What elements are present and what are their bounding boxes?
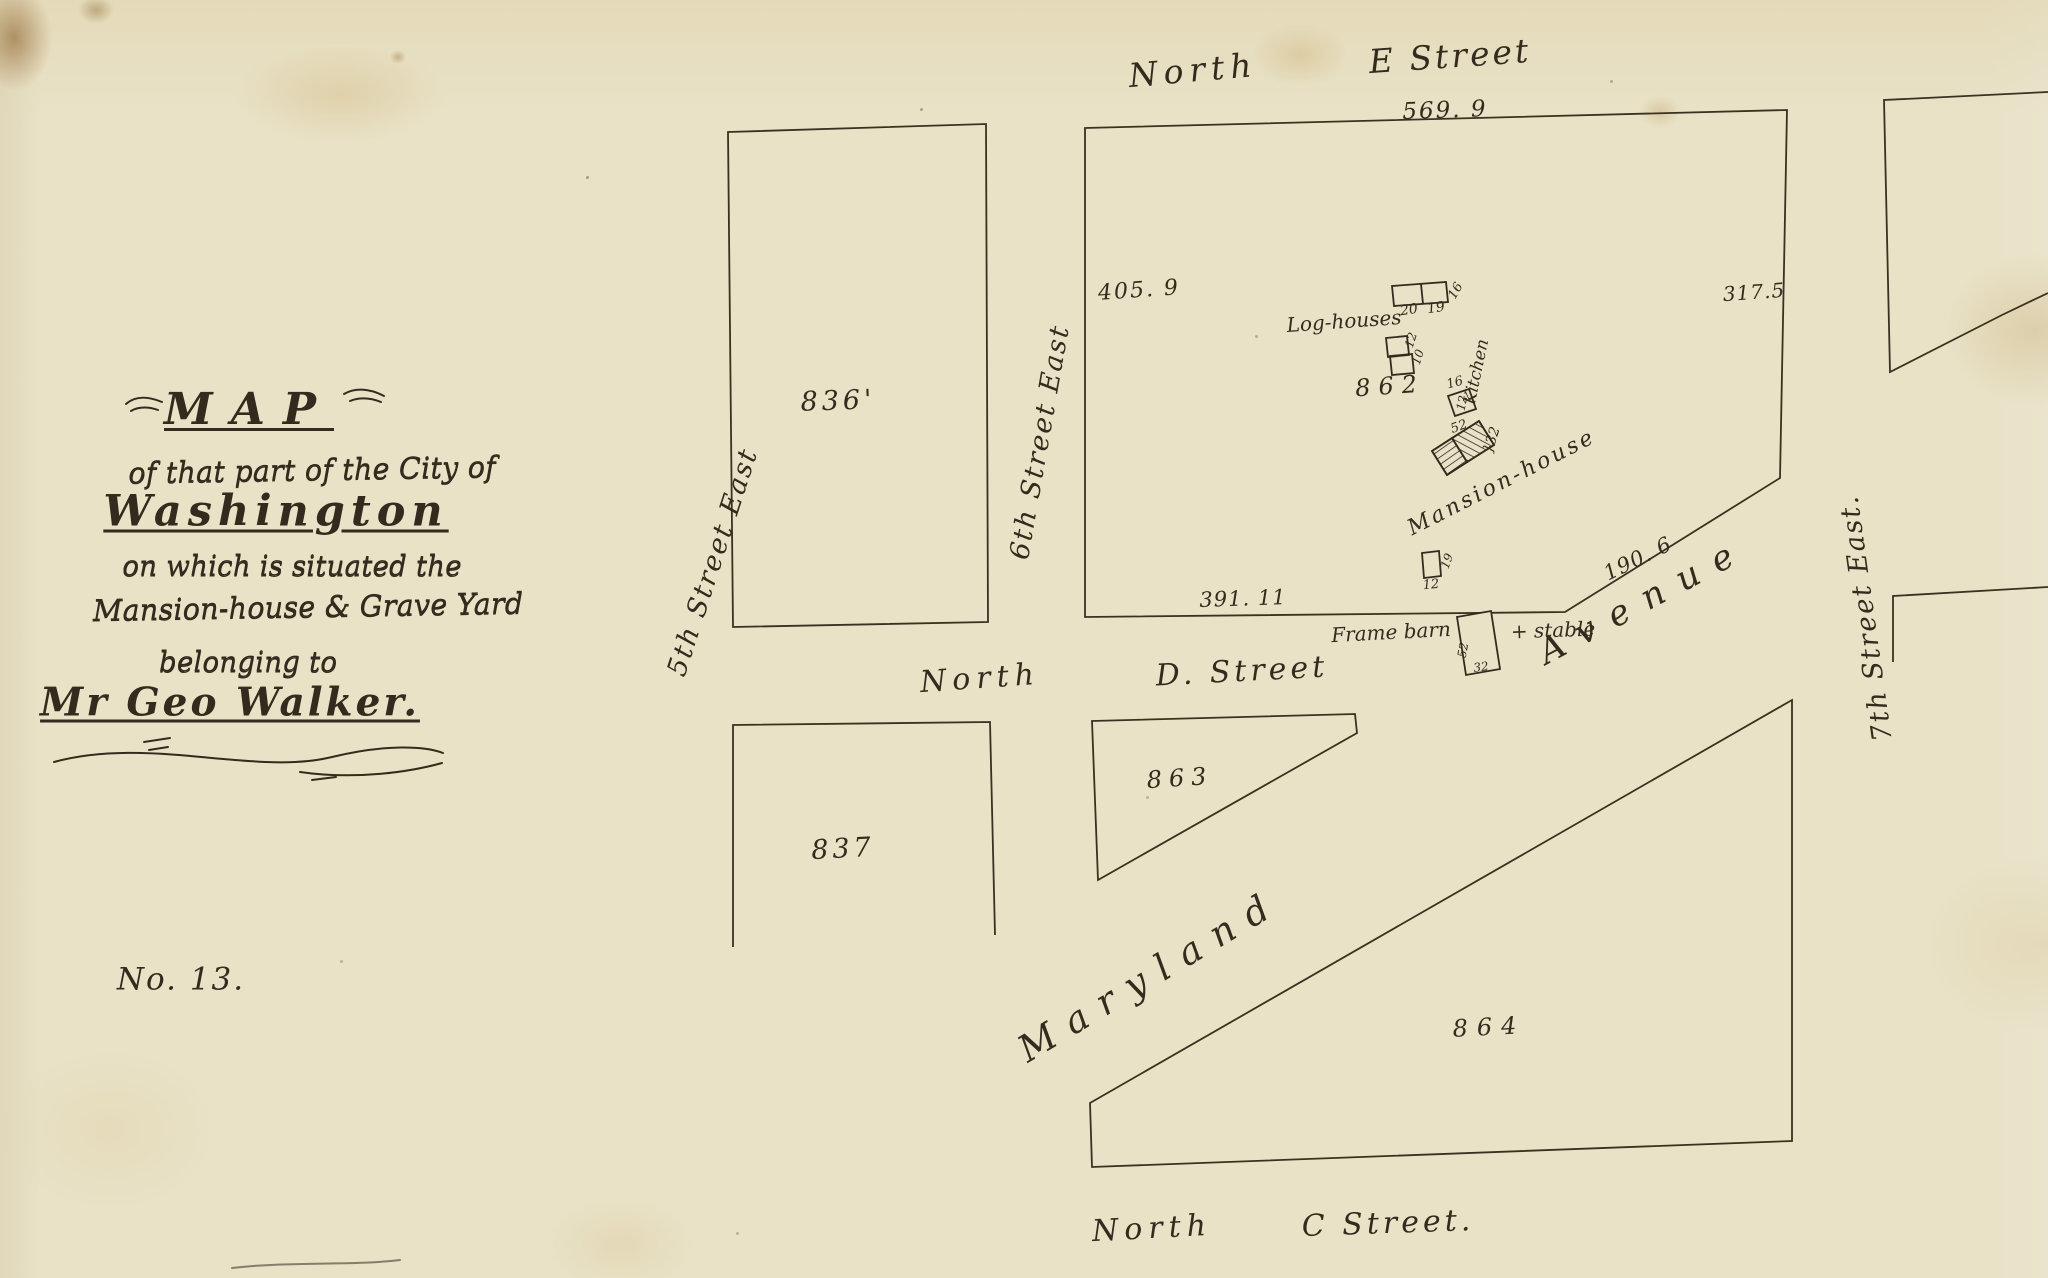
- dim-west-side: 405. 9: [1097, 277, 1180, 305]
- sheet-number: No. 13.: [117, 965, 245, 996]
- log-houses-dim-1: 20: [1399, 302, 1419, 318]
- block-number-836: 836': [800, 386, 876, 416]
- street-label-north-c-word1: North: [1091, 1211, 1212, 1247]
- title-line-2: of that part of the City of: [128, 452, 496, 487]
- title-underline-flourish: [54, 747, 443, 762]
- title-owner: Mr Geo Walker.: [40, 684, 420, 723]
- block-northeast-outline: [1884, 92, 2048, 372]
- map-title-left-flourish: [126, 398, 162, 411]
- frame-barn-label: Frame barn: [1331, 619, 1452, 645]
- frame-barn-dim-1: 52: [1456, 641, 1470, 658]
- street-label-north-e-word2: E Street: [1368, 34, 1532, 78]
- title-line-6: belonging to: [159, 648, 337, 676]
- title-city: Washington: [103, 491, 448, 534]
- stray-mark: [232, 1260, 400, 1268]
- map-linework: [0, 0, 2048, 1278]
- title-underline-dash-1: [144, 738, 170, 750]
- kitchen-dim-2: 12: [1455, 394, 1470, 411]
- frame-barn-dim-2: 32: [1473, 660, 1490, 674]
- stable-label: + stable: [1510, 619, 1595, 642]
- block-836-outline: [728, 124, 988, 627]
- title-underline-flourish-2: [300, 763, 442, 775]
- block-number-864: 864: [1452, 1013, 1526, 1041]
- block-number-863: 863: [1146, 764, 1214, 793]
- title-line-5: Mansion-house & Grave Yard: [92, 589, 523, 626]
- block-number-862: 862: [1354, 372, 1425, 401]
- dim-south-side: 391. 11: [1199, 587, 1287, 611]
- title-line-4: on which is situated the: [122, 552, 461, 580]
- street-label-north-d-word2: D. Street: [1155, 653, 1329, 692]
- street-label-north-d-word1: North: [919, 660, 1041, 698]
- log-houses-divider: [1421, 284, 1423, 304]
- block-863-outline: [1092, 714, 1357, 880]
- outbuilding-dim-1: 12: [1422, 578, 1440, 592]
- manuscript-map-canvas: MAP of that part of the City of Washingt…: [0, 0, 2048, 1278]
- kitchen-dim-1: 16: [1445, 375, 1464, 392]
- paper-flyspecks: [586, 176, 589, 179]
- map-title: MAP: [164, 388, 334, 432]
- dim-e-street-frontage: 569. 9: [1402, 98, 1488, 124]
- block-southeast-outline: [1893, 587, 2048, 662]
- street-label-north-e-word1: North: [1127, 48, 1258, 92]
- street-label-north-c-word2: C Street.: [1301, 1206, 1474, 1242]
- dim-east-side: 317.5: [1722, 280, 1786, 304]
- block-number-837: 837: [811, 834, 876, 864]
- block-862-outline: [1085, 110, 1787, 617]
- log-houses-dim-2: 19: [1426, 300, 1446, 316]
- map-title-right-flourish: [344, 390, 384, 402]
- title-underline-dash-2: [312, 777, 336, 780]
